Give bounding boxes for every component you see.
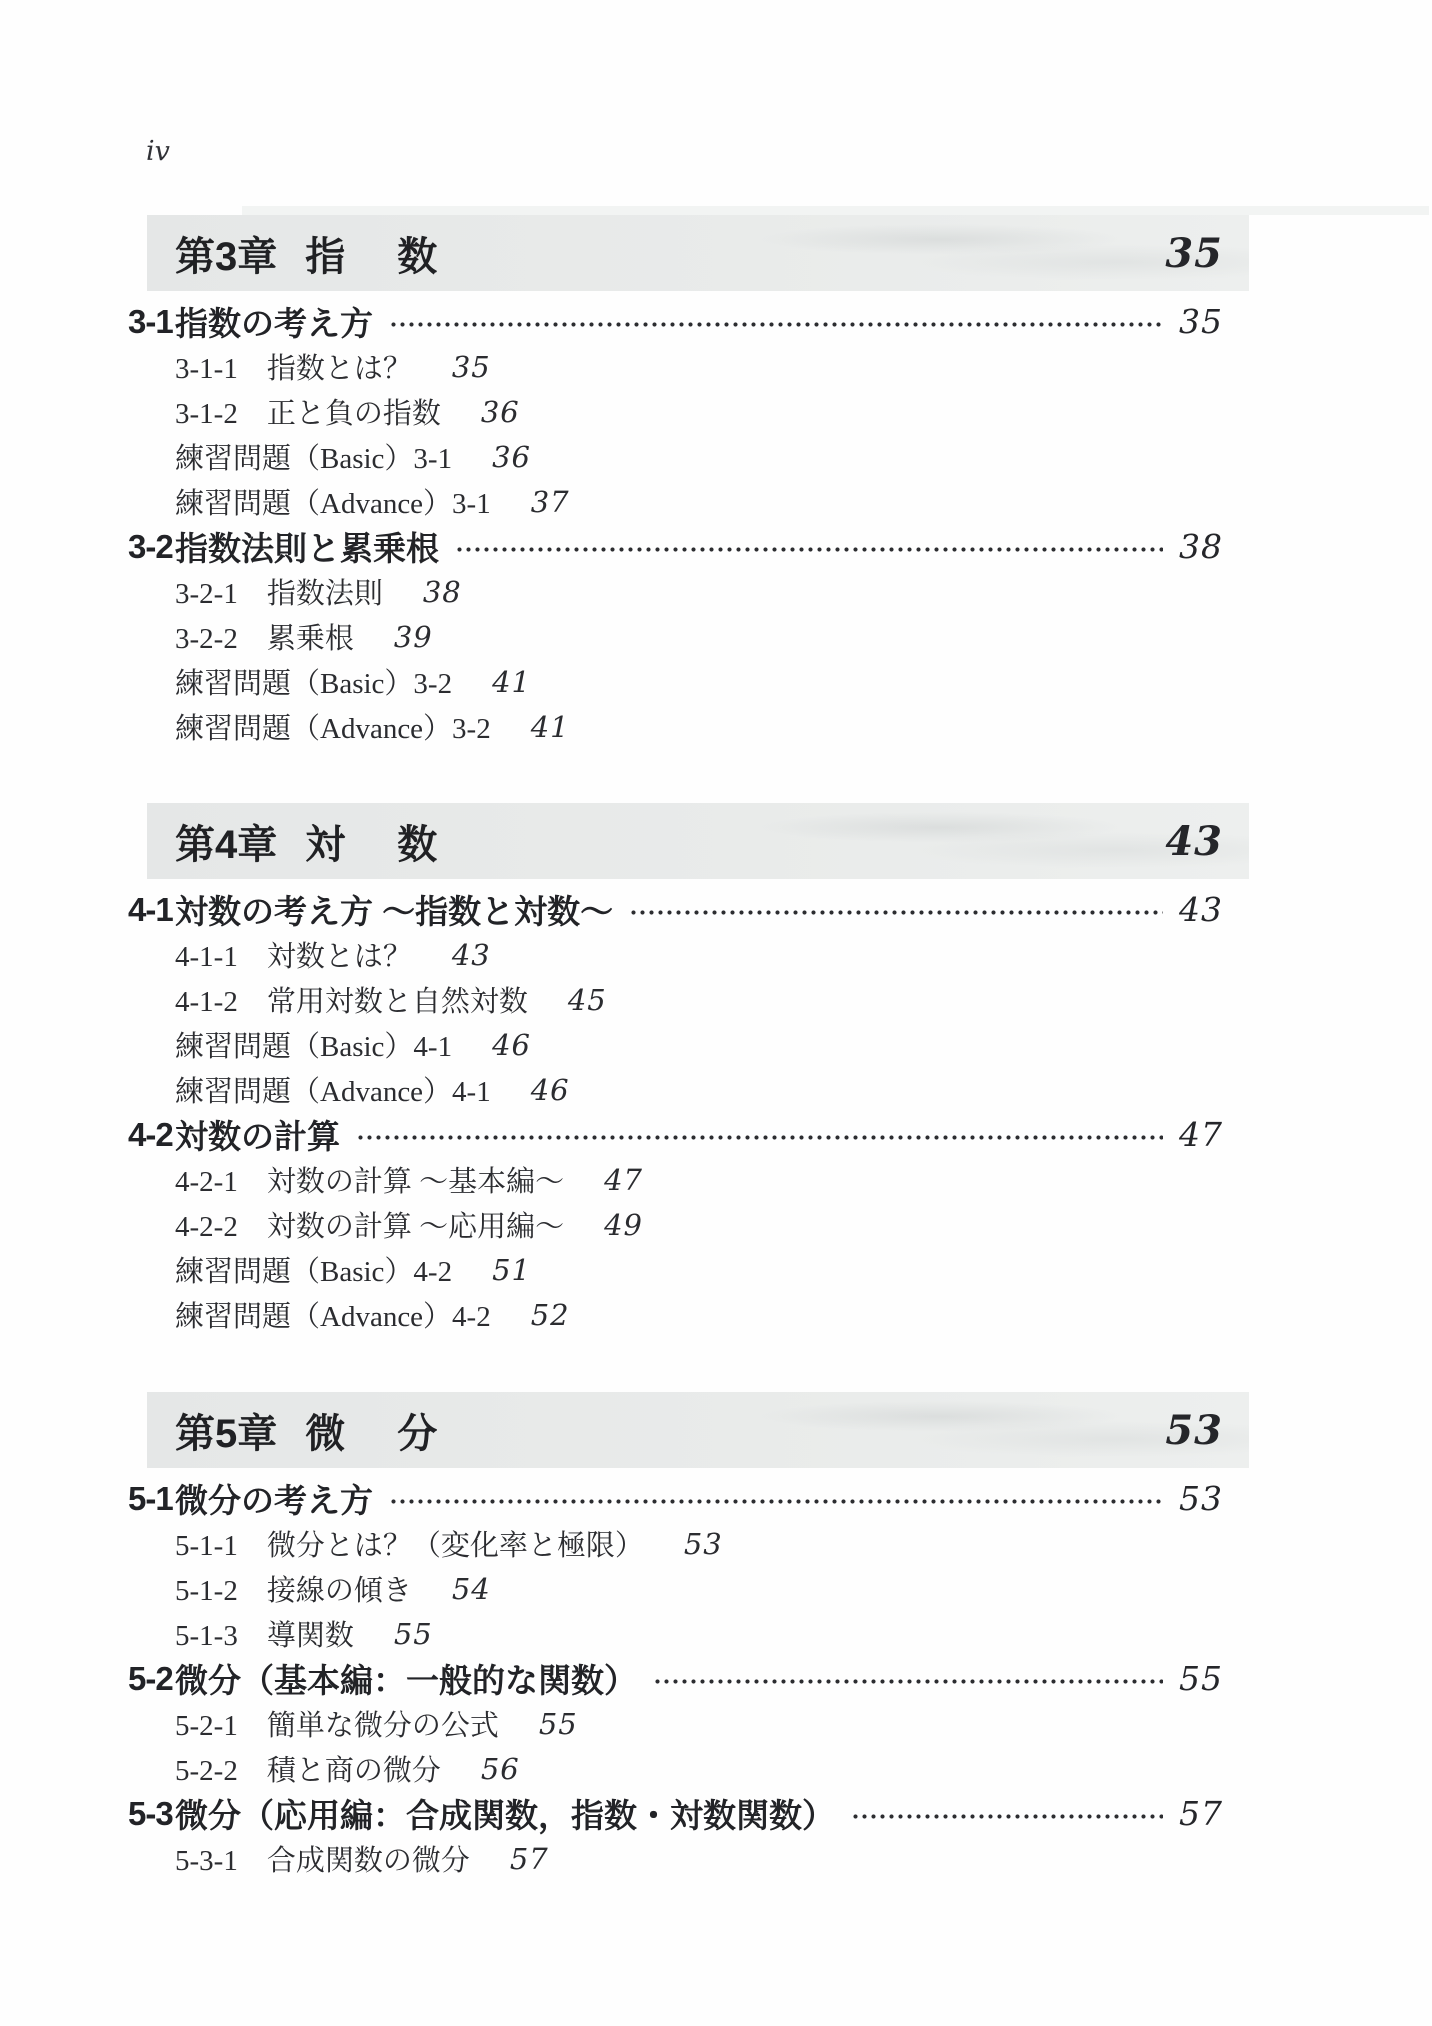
item-label: 練習問題（Basic）4-2 <box>175 1249 452 1290</box>
chapter-page-number: 35 <box>1165 230 1223 277</box>
item-page-number: 41 <box>492 665 531 699</box>
chapter-4-block: 第4章 対 数 43 4-1 対数の考え方 ～指数と対数～ 43 4-1-1 対… <box>0 803 1432 1337</box>
toc-item-row: 4-1-2 常用対数と自然対数 45 <box>128 977 1223 1022</box>
chapter-number: 第5章 <box>175 1402 277 1459</box>
item-label: 練習問題（Advance）4-2 <box>175 1294 491 1335</box>
item-label: 5-2-2 積と商の微分 <box>175 1748 441 1789</box>
chapter-title: 対 数 <box>305 813 443 870</box>
item-label: 5-3-1 合成関数の微分 <box>175 1838 470 1879</box>
toc-item-row: 3-1-1 指数とは？ 35 <box>128 344 1223 389</box>
section-page-number: 53 <box>1175 1479 1223 1518</box>
item-label: 練習問題（Advance）3-1 <box>175 481 491 522</box>
toc-item-row: 練習問題（Basic）4-1 46 <box>128 1022 1223 1067</box>
item-label: 5-1-2 接線の傾き <box>175 1568 412 1609</box>
item-label: 練習問題（Advance）4-1 <box>175 1069 491 1110</box>
item-page-number: 52 <box>531 1298 570 1332</box>
item-label: 4-1-1 対数とは？ <box>175 934 412 975</box>
item-page-number: 41 <box>531 710 570 744</box>
toc-item-row: 3-1-2 正と負の指数 36 <box>128 389 1223 434</box>
item-page-number: 47 <box>604 1163 643 1197</box>
item-page-number: 45 <box>568 983 607 1017</box>
chapter-title: 指 数 <box>305 225 443 282</box>
item-page-number: 35 <box>452 350 491 384</box>
toc-item-row: 5-3-1 合成関数の微分 57 <box>128 1836 1223 1881</box>
toc-item-row: 5-1-1 微分とは？（変化率と極限） 53 <box>128 1521 1223 1566</box>
chapter-heading-banner: 第3章 指 数 35 <box>147 215 1249 291</box>
toc-section-row: 4-1 対数の考え方 ～指数と対数～ 43 <box>128 887 1223 932</box>
item-page-number: 53 <box>684 1527 723 1561</box>
toc-item-row: 3-2-2 累乗根 39 <box>128 614 1223 659</box>
item-label: 3-1-2 正と負の指数 <box>175 391 441 432</box>
item-label: 4-2-2 対数の計算 ～応用編～ <box>175 1204 564 1245</box>
section-title: 指数の考え方 <box>175 298 373 345</box>
chapter-number: 第4章 <box>175 813 277 870</box>
toc-section-row: 5-1 微分の考え方 53 <box>128 1476 1223 1521</box>
dot-leader <box>356 1112 1163 1157</box>
chapter-5-block: 第5章 微 分 53 5-1 微分の考え方 53 5-1-1 微分とは？（変化率… <box>0 1392 1432 1881</box>
toc-section-row: 5-2 微分（基本編：一般的な関数） 55 <box>128 1656 1223 1701</box>
item-page-number: 38 <box>423 575 462 609</box>
folio-page-number: iv <box>146 136 170 167</box>
section-title: 微分（応用編：合成関数，指数・対数関数） <box>175 1790 835 1837</box>
toc-item-row: 5-1-3 導関数 55 <box>128 1611 1223 1656</box>
item-label: 練習問題（Basic）4-1 <box>175 1024 452 1065</box>
toc-section-row: 4-2 対数の計算 47 <box>128 1112 1223 1157</box>
section-title: 対数の考え方 ～指数と対数～ <box>175 886 613 933</box>
section-number: 5-2 <box>128 1660 175 1698</box>
chapter-heading-banner: 第5章 微 分 53 <box>147 1392 1249 1468</box>
section-page-number: 38 <box>1175 527 1223 566</box>
chapter-3-entries: 3-1 指数の考え方 35 3-1-1 指数とは？ 35 3-1-2 正と負の指… <box>128 299 1223 749</box>
section-title: 指数法則と累乗根 <box>175 523 439 570</box>
section-number: 4-1 <box>128 891 175 929</box>
dot-leader <box>851 1791 1163 1836</box>
chapter-page-number: 53 <box>1165 1407 1223 1454</box>
section-number: 5-1 <box>128 1480 175 1518</box>
item-label: 3-2-1 指数法則 <box>175 571 383 612</box>
section-number: 5-3 <box>128 1795 175 1833</box>
item-label: 練習問題（Basic）3-2 <box>175 661 452 702</box>
section-page-number: 57 <box>1175 1794 1223 1833</box>
toc-page: iv 第3章 指 数 35 3-1 指数の考え方 35 3-1-1 指数とは？ … <box>0 0 1432 2026</box>
item-label: 5-2-1 簡単な微分の公式 <box>175 1703 499 1744</box>
item-page-number: 36 <box>492 440 531 474</box>
dot-leader <box>653 1656 1163 1701</box>
toc-item-row: 4-2-2 対数の計算 ～応用編～ 49 <box>128 1202 1223 1247</box>
toc-item-row: 4-1-1 対数とは？ 43 <box>128 932 1223 977</box>
toc-item-row: 練習問題（Advance）3-1 37 <box>128 479 1223 524</box>
item-label: 練習問題（Advance）3-2 <box>175 706 491 747</box>
toc-item-row: 4-2-1 対数の計算 ～基本編～ 47 <box>128 1157 1223 1202</box>
toc-item-row: 5-2-1 簡単な微分の公式 55 <box>128 1701 1223 1746</box>
toc-item-row: 練習問題（Basic）3-1 36 <box>128 434 1223 479</box>
item-page-number: 54 <box>452 1572 491 1606</box>
chapter-heading-banner: 第4章 対 数 43 <box>147 803 1249 879</box>
chapter-3-block: 第3章 指 数 35 3-1 指数の考え方 35 3-1-1 指数とは？ 35 … <box>0 215 1432 749</box>
item-label: 3-2-2 累乗根 <box>175 616 354 657</box>
item-page-number: 57 <box>510 1842 549 1876</box>
toc-item-row: 練習問題（Basic）3-2 41 <box>128 659 1223 704</box>
item-page-number: 43 <box>452 938 491 972</box>
item-page-number: 37 <box>531 485 570 519</box>
section-title: 対数の計算 <box>175 1111 340 1158</box>
chapter-title: 微 分 <box>305 1402 443 1459</box>
toc-section-row: 3-1 指数の考え方 35 <box>128 299 1223 344</box>
chapter-5-entries: 5-1 微分の考え方 53 5-1-1 微分とは？（変化率と極限） 53 5-1… <box>128 1476 1223 1881</box>
chapter-page-number: 43 <box>1165 818 1223 865</box>
section-title: 微分（基本編：一般的な関数） <box>175 1655 637 1702</box>
dot-leader <box>389 299 1163 344</box>
toc-item-row: 5-2-2 積と商の微分 56 <box>128 1746 1223 1791</box>
toc-item-row: 練習問題（Basic）4-2 51 <box>128 1247 1223 1292</box>
toc-item-row: 練習問題（Advance）4-1 46 <box>128 1067 1223 1112</box>
section-number: 3-1 <box>128 303 175 341</box>
item-label: 3-1-1 指数とは？ <box>175 346 412 387</box>
section-page-number: 47 <box>1175 1115 1223 1154</box>
section-page-number: 43 <box>1175 890 1223 929</box>
item-page-number: 49 <box>604 1208 643 1242</box>
item-page-number: 55 <box>539 1707 578 1741</box>
item-label: 4-2-1 対数の計算 ～基本編～ <box>175 1159 564 1200</box>
item-page-number: 51 <box>492 1253 531 1287</box>
toc-section-row: 3-2 指数法則と累乗根 38 <box>128 524 1223 569</box>
item-label: 練習問題（Basic）3-1 <box>175 436 452 477</box>
item-page-number: 39 <box>394 620 433 654</box>
dot-leader <box>629 887 1163 932</box>
section-page-number: 55 <box>1175 1659 1223 1698</box>
toc-section-row: 5-3 微分（応用編：合成関数，指数・対数関数） 57 <box>128 1791 1223 1836</box>
item-label: 4-1-2 常用対数と自然対数 <box>175 979 528 1020</box>
chapter-4-entries: 4-1 対数の考え方 ～指数と対数～ 43 4-1-1 対数とは？ 43 4-1… <box>128 887 1223 1337</box>
dot-leader <box>389 1476 1163 1521</box>
section-number: 4-2 <box>128 1116 175 1154</box>
chapter-number: 第3章 <box>175 225 277 282</box>
item-page-number: 36 <box>481 395 520 429</box>
toc-item-row: 3-2-1 指数法則 38 <box>128 569 1223 614</box>
item-page-number: 55 <box>394 1617 433 1651</box>
toc-item-row: 練習問題（Advance）3-2 41 <box>128 704 1223 749</box>
section-page-number: 35 <box>1175 302 1223 341</box>
item-page-number: 56 <box>481 1752 520 1786</box>
toc-item-row: 5-1-2 接線の傾き 54 <box>128 1566 1223 1611</box>
section-title: 微分の考え方 <box>175 1475 373 1522</box>
dot-leader <box>455 524 1163 569</box>
section-number: 3-2 <box>128 528 175 566</box>
item-page-number: 46 <box>531 1073 570 1107</box>
item-page-number: 46 <box>492 1028 531 1062</box>
toc-item-row: 練習問題（Advance）4-2 52 <box>128 1292 1223 1337</box>
item-label: 5-1-1 微分とは？（変化率と極限） <box>175 1523 644 1564</box>
item-label: 5-1-3 導関数 <box>175 1613 354 1654</box>
